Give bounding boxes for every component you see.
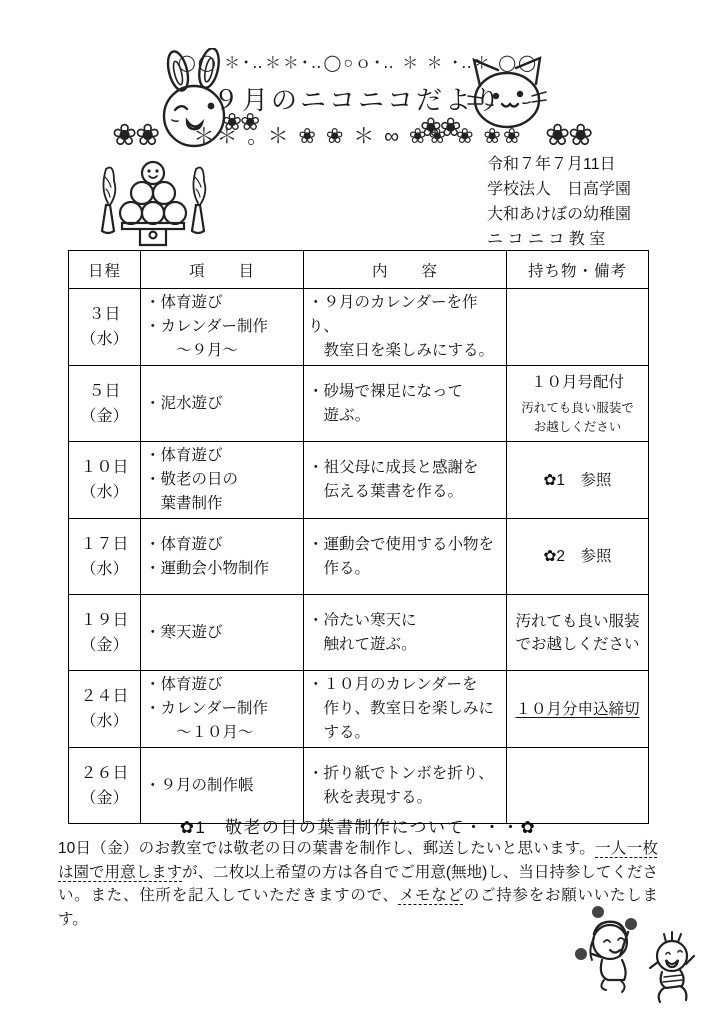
table-row: １７日 （水）・体育遊び ・運動会小物制作・運動会で使用する小物を 作る。✿2 … <box>69 519 649 595</box>
flower-decoration-line: ＊＊ ｡ ＊ ❀ ❀ ＊ ∞ ❀❀ ❀ ❀❀ <box>0 120 716 150</box>
school-corporation: 学校法人 日高学園 <box>487 177 631 202</box>
note-main-text: ✿2 参照 <box>511 545 644 568</box>
note-main-text: １０月分申込締切 <box>511 698 644 721</box>
flower-cluster: ❀❀ <box>420 112 460 143</box>
column-header-date: 日程 <box>69 251 141 289</box>
cell-content: ・祖父母に成長と感謝を 伝える葉書を作る。 <box>304 442 507 519</box>
cell-date: ２４日 （水） <box>69 671 141 748</box>
cell-content: ・９月のカレンダーを作り、 教室日を楽しみにする。 <box>304 289 507 366</box>
cell-items: ・寒天遊び <box>141 595 304 671</box>
cell-notes: 汚れても良い服装 でお越しください <box>507 595 649 671</box>
cell-date: ５日 （金） <box>69 366 141 442</box>
table-header-row: 日程 項 目 内 容 持ち物・備考 <box>69 251 649 289</box>
schedule-table: 日程 項 目 内 容 持ち物・備考 ３日 （水）・体育遊び ・カレンダー制作 ～… <box>68 250 649 824</box>
cell-items: ・泥水遊び <box>141 366 304 442</box>
footnote-underlined-text: メモなど <box>399 887 464 904</box>
table-row: ５日 （金）・泥水遊び・砂場で裸足になって 遊ぶ。１０月号配付汚れても良い服装で… <box>69 366 649 442</box>
cell-date: １７日 （水） <box>69 519 141 595</box>
classroom-name: ニ コ ニ コ 教 室 <box>487 227 631 252</box>
flower-cluster: ❀❀ <box>545 118 591 153</box>
column-header-content: 内 容 <box>304 251 507 289</box>
tsukimi-dango-illustration <box>92 153 214 249</box>
issue-info-block: 令和７年７月11日 学校法人 日高学園 大和あけぼの幼稚園 ニ コ ニ コ 教 … <box>487 152 631 252</box>
footnote-text: 10日（金）のお教室では敬老の日の葉書を制作し、郵送したいと思います。 <box>58 840 595 857</box>
cell-items: ・体育遊び ・敬老の日の 葉書制作 <box>141 442 304 519</box>
note-main-text: ✿1 参照 <box>511 469 644 492</box>
cell-notes: １０月号配付汚れても良い服装で お越しください <box>507 366 649 442</box>
cell-notes: ✿2 参照 <box>507 519 649 595</box>
cell-items: ・体育遊び ・運動会小物制作 <box>141 519 304 595</box>
table-row: ３日 （水）・体育遊び ・カレンダー制作 ～９月～・９月のカレンダーを作り、 教… <box>69 289 649 366</box>
newsletter-page: ◯◯ ＊･‥＊＊･‥◯○ｏ･‥ ＊ ＊ ･‥＊ ◯◯ ９月のニコニコだより ＊＊… <box>0 0 716 1012</box>
note-main-text: １０月号配付 <box>511 371 644 394</box>
rabbit-illustration <box>152 48 238 152</box>
cell-content: ・１０月のカレンダーを 作り、教室日を楽しみに する。 <box>304 671 507 748</box>
note-sub-text: 汚れても良い服装で お越しください <box>511 399 644 437</box>
children-playing-illustration <box>568 898 708 1010</box>
column-header-items: 項 目 <box>141 251 304 289</box>
cell-items: ・体育遊び ・カレンダー制作 ～９月～ <box>141 289 304 366</box>
cell-date: １０日 （水） <box>69 442 141 519</box>
page-title: ９月のニコニコだより <box>0 80 716 117</box>
cat-illustration <box>466 52 548 144</box>
cell-content: ・砂場で裸足になって 遊ぶ。 <box>304 366 507 442</box>
cell-content: ・冷たい寒天に 触れて遊ぶ。 <box>304 595 507 671</box>
cell-notes: １０月分申込締切 <box>507 671 649 748</box>
kindergarten-name: 大和あけぼの幼稚園 <box>487 202 631 227</box>
cell-content: ・運動会で使用する小物を 作る。 <box>304 519 507 595</box>
cell-date: １９日 （金） <box>69 595 141 671</box>
table-row: １９日 （金）・寒天遊び・冷たい寒天に 触れて遊ぶ。汚れても良い服装 でお越しく… <box>69 595 649 671</box>
cell-notes: ✿1 参照 <box>507 442 649 519</box>
issue-date: 令和７年７月11日 <box>487 152 631 177</box>
table-row: １０日 （水）・体育遊び ・敬老の日の 葉書制作・祖父母に成長と感謝を 伝える葉… <box>69 442 649 519</box>
note-main-text: 汚れても良い服装 でお越しください <box>511 610 644 656</box>
table-row: ２４日 （水）・体育遊び ・カレンダー制作 ～１０月～・１０月のカレンダーを 作… <box>69 671 649 748</box>
asterisk-decoration-line: ◯◯ ＊･‥＊＊･‥◯○ｏ･‥ ＊ ＊ ･‥＊ ◯◯ <box>0 50 716 73</box>
footnote-heading: ✿1 敬老の日の葉書制作について・・・✿ <box>0 813 716 838</box>
cell-date: ３日 （水） <box>69 289 141 366</box>
cell-items: ・体育遊び ・カレンダー制作 ～１０月～ <box>141 671 304 748</box>
schedule-table-body: ３日 （水）・体育遊び ・カレンダー制作 ～９月～・９月のカレンダーを作り、 教… <box>69 289 649 824</box>
cell-notes <box>507 289 649 366</box>
column-header-notes: 持ち物・備考 <box>507 251 649 289</box>
